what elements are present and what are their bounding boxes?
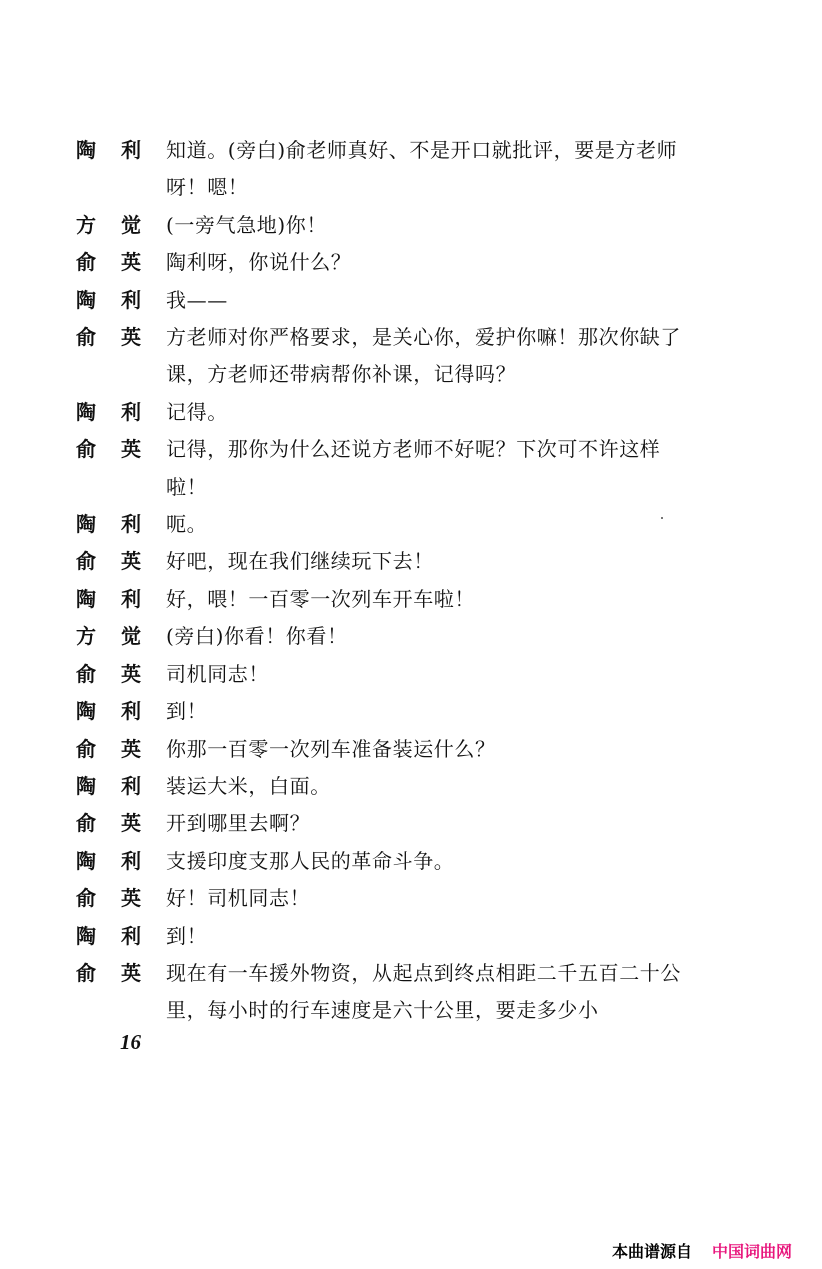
dialogue-line: 陶利到！ [76, 693, 696, 730]
speaker-name: 陶利 [76, 506, 166, 543]
speech-text: 装运大米，白面。 [166, 768, 696, 805]
speech-text: 呃。 [166, 506, 696, 543]
speaker-char: 英 [121, 955, 166, 992]
speaker-char: 陶 [76, 506, 121, 543]
speech-text: 好吧，现在我们继续玩下去！ [166, 543, 696, 580]
dialogue-line: 俞英你那一百零一次列车准备装运什么？ [76, 731, 696, 768]
speech-text: 记得。 [166, 394, 696, 431]
speaker-char: 利 [121, 918, 166, 955]
dialogue-line: 俞英现在有一车援外物资，从起点到终点相距二千五百二十公里，每小时的行车速度是六十… [76, 955, 696, 1030]
speaker-char: 利 [121, 506, 166, 543]
speaker-name: 陶利 [76, 843, 166, 880]
speaker-char: 陶 [76, 394, 121, 431]
dialogue-line: 陶利支援印度支那人民的革命斗争。 [76, 843, 696, 880]
speaker-name: 陶利 [76, 918, 166, 955]
speaker-name: 陶利 [76, 282, 166, 319]
dialogue-line: 俞英好吧，现在我们继续玩下去！ [76, 543, 696, 580]
speech-text: 到！ [166, 918, 696, 955]
speaker-char: 英 [121, 731, 166, 768]
speech-text: 知道。(旁白)俞老师真好、不是开口就批评，要是方老师呀！嗯！ [166, 132, 696, 207]
speaker-name: 陶利 [76, 581, 166, 618]
speaker-char: 觉 [121, 618, 166, 655]
dialogue-line: 俞英司机同志！ [76, 656, 696, 693]
speech-text: 司机同志！ [166, 656, 696, 693]
speaker-char: 陶 [76, 132, 121, 169]
speaker-name: 方觉 [76, 618, 166, 655]
watermark-site-name[interactable]: 中国词曲网 [712, 1242, 792, 1261]
speech-text: 好！司机同志！ [166, 880, 696, 917]
speaker-char: 俞 [76, 543, 121, 580]
dialogue-block: 陶利知道。(旁白)俞老师真好、不是开口就批评，要是方老师呀！嗯！方觉(一旁气急地… [76, 132, 696, 1030]
dialogue-line: 陶利装运大米，白面。 [76, 768, 696, 805]
speaker-char: 方 [76, 207, 121, 244]
speech-text: 开到哪里去啊？ [166, 805, 696, 842]
speaker-char: 陶 [76, 581, 121, 618]
speaker-char: 方 [76, 618, 121, 655]
speaker-name: 俞英 [76, 244, 166, 281]
speaker-char: 利 [121, 581, 166, 618]
speech-text: 支援印度支那人民的革命斗争。 [166, 843, 696, 880]
speaker-char: 陶 [76, 768, 121, 805]
source-watermark: 本曲谱源自中国词曲网 [612, 1239, 792, 1262]
speaker-char: 英 [121, 543, 166, 580]
speaker-char: 觉 [121, 207, 166, 244]
speaker-char: 英 [121, 656, 166, 693]
speaker-char: 利 [121, 768, 166, 805]
speaker-name: 俞英 [76, 543, 166, 580]
speaker-name: 俞英 [76, 805, 166, 842]
speaker-char: 利 [121, 394, 166, 431]
print-speck [661, 517, 663, 519]
speaker-char: 利 [121, 132, 166, 169]
dialogue-line: 陶利好，喂！一百零一次列车开车啦！ [76, 581, 696, 618]
dialogue-line: 俞英陶利呀，你说什么？ [76, 244, 696, 281]
speaker-char: 俞 [76, 656, 121, 693]
dialogue-line: 俞英记得，那你为什么还说方老师不好呢？下次可不许这样啦！ [76, 431, 696, 506]
speaker-char: 俞 [76, 805, 121, 842]
dialogue-line: 陶利记得。 [76, 394, 696, 431]
speaker-name: 俞英 [76, 431, 166, 468]
speech-text: 你那一百零一次列车准备装运什么？ [166, 731, 696, 768]
dialogue-line: 方觉(一旁气急地)你！ [76, 207, 696, 244]
speaker-name: 陶利 [76, 394, 166, 431]
speech-text: 好，喂！一百零一次列车开车啦！ [166, 581, 696, 618]
watermark-source-label: 本曲谱源自 [612, 1242, 692, 1261]
speaker-char: 英 [121, 319, 166, 356]
dialogue-line: 陶利呃。 [76, 506, 696, 543]
dialogue-line: 陶利我—— [76, 282, 696, 319]
speaker-char: 陶 [76, 918, 121, 955]
speech-text: (旁白)你看！你看！ [166, 618, 696, 655]
speaker-char: 俞 [76, 880, 121, 917]
speech-text: (一旁气急地)你！ [166, 207, 696, 244]
speaker-char: 俞 [76, 731, 121, 768]
speech-text: 现在有一车援外物资，从起点到终点相距二千五百二十公里，每小时的行车速度是六十公里… [166, 955, 696, 1030]
speech-text: 到！ [166, 693, 696, 730]
speaker-char: 英 [121, 431, 166, 468]
speech-text: 陶利呀，你说什么？ [166, 244, 696, 281]
speaker-char: 利 [121, 693, 166, 730]
speaker-name: 俞英 [76, 731, 166, 768]
speaker-name: 俞英 [76, 319, 166, 356]
speaker-char: 俞 [76, 431, 121, 468]
speaker-name: 方觉 [76, 207, 166, 244]
speaker-char: 陶 [76, 843, 121, 880]
speaker-name: 陶利 [76, 132, 166, 169]
dialogue-line: 俞英开到哪里去啊？ [76, 805, 696, 842]
speaker-char: 英 [121, 880, 166, 917]
speech-text: 方老师对你严格要求，是关心你，爱护你嘛！那次你缺了课，方老师还带病帮你补课，记得… [166, 319, 696, 394]
speaker-name: 陶利 [76, 693, 166, 730]
speaker-char: 俞 [76, 244, 121, 281]
page-number: 16 [120, 1030, 141, 1055]
speaker-name: 俞英 [76, 656, 166, 693]
speech-text: 我—— [166, 282, 696, 319]
dialogue-line: 俞英好！司机同志！ [76, 880, 696, 917]
dialogue-line: 俞英方老师对你严格要求，是关心你，爱护你嘛！那次你缺了课，方老师还带病帮你补课，… [76, 319, 696, 394]
book-page: 陶利知道。(旁白)俞老师真好、不是开口就批评，要是方老师呀！嗯！方觉(一旁气急地… [0, 0, 822, 1269]
speaker-name: 陶利 [76, 768, 166, 805]
speaker-char: 利 [121, 282, 166, 319]
dialogue-line: 陶利到！ [76, 918, 696, 955]
speaker-char: 俞 [76, 319, 121, 356]
speaker-char: 英 [121, 805, 166, 842]
speaker-char: 陶 [76, 693, 121, 730]
speaker-char: 陶 [76, 282, 121, 319]
dialogue-line: 方觉(旁白)你看！你看！ [76, 618, 696, 655]
speech-text: 记得，那你为什么还说方老师不好呢？下次可不许这样啦！ [166, 431, 696, 506]
speaker-char: 利 [121, 843, 166, 880]
speaker-name: 俞英 [76, 880, 166, 917]
speaker-char: 英 [121, 244, 166, 281]
speaker-name: 俞英 [76, 955, 166, 992]
dialogue-line: 陶利知道。(旁白)俞老师真好、不是开口就批评，要是方老师呀！嗯！ [76, 132, 696, 207]
speaker-char: 俞 [76, 955, 121, 992]
